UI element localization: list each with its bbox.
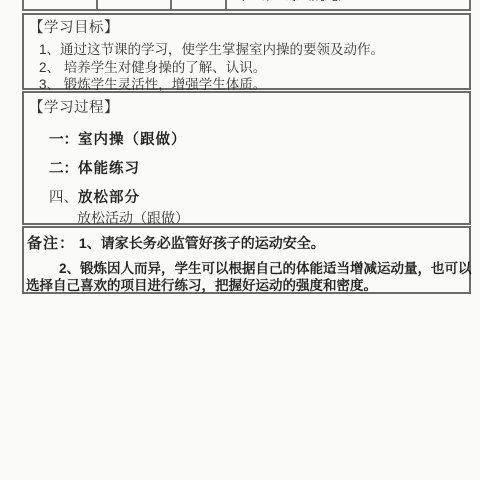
process-item: 一：室内操（跟做） — [49, 131, 469, 150]
process-title: 【学习过程】 — [29, 99, 469, 118]
process-item: 二：体能练习 — [49, 160, 469, 179]
process-section: 【学习过程】 一：室内操（跟做） 二：体能练习 四、放松部分 放松活动（跟做） — [22, 91, 471, 225]
process-item-text: 室内操（跟做） — [78, 132, 187, 148]
table-header-row-partial: 2、 课 练（跳绳） — [22, 0, 471, 11]
document-page: 2、 课 练（跳绳） 【学习目标】 1、通过这节课的学习，使学生掌握室内操的要领… — [0, 0, 480, 480]
process-item-text: 放松部分 — [78, 190, 140, 206]
notes-section: 备注： 1、请家长务必监管好孩子的运动安全。 2、锻炼因人而异，学生可以根据自己… — [22, 226, 471, 294]
objectives-section: 【学习目标】 1、通过这节课的学习，使学生掌握室内操的要领及动作。 2、 培养学… — [22, 13, 471, 90]
process-item-number: 一： — [49, 132, 78, 148]
notes-label: 备注： — [27, 235, 75, 252]
objective-item: 2、 培养学生对健身操的了解、认识。 — [39, 59, 469, 77]
column-divider — [96, 0, 98, 9]
column-divider — [170, 0, 172, 9]
notes-line: 2、锻炼因人而异，学生可以根据自己的体能适当增减运动量，也可以 — [59, 261, 469, 277]
objectives-title: 【学习目标】 — [29, 19, 469, 38]
process-item: 四、放松部分 — [49, 189, 469, 208]
process-item-number: 二： — [49, 161, 78, 177]
clipped-row-text: 2、 课 练（跳绳） — [233, 0, 351, 3]
process-sub-item: 放松活动（跟做） — [77, 210, 469, 227]
notes-line1-text: 1、请家长务必监管好孩子的运动安全。 — [75, 235, 325, 251]
notes-line: 选择自己喜欢的项目进行练习，把握好运动的强度和密度。 — [26, 278, 469, 294]
process-item-text: 体能练习 — [78, 161, 140, 177]
notes-line: 备注： 1、请家长务必监管好孩子的运动安全。 — [27, 235, 469, 252]
objectives-list: 1、通过这节课的学习，使学生掌握室内操的要领及动作。 2、 培养学生对健身操的了… — [39, 41, 469, 94]
column-divider — [225, 0, 227, 9]
process-item-number: 四、 — [49, 190, 78, 206]
objective-item: 1、通过这节课的学习，使学生掌握室内操的要领及动作。 — [39, 41, 469, 59]
